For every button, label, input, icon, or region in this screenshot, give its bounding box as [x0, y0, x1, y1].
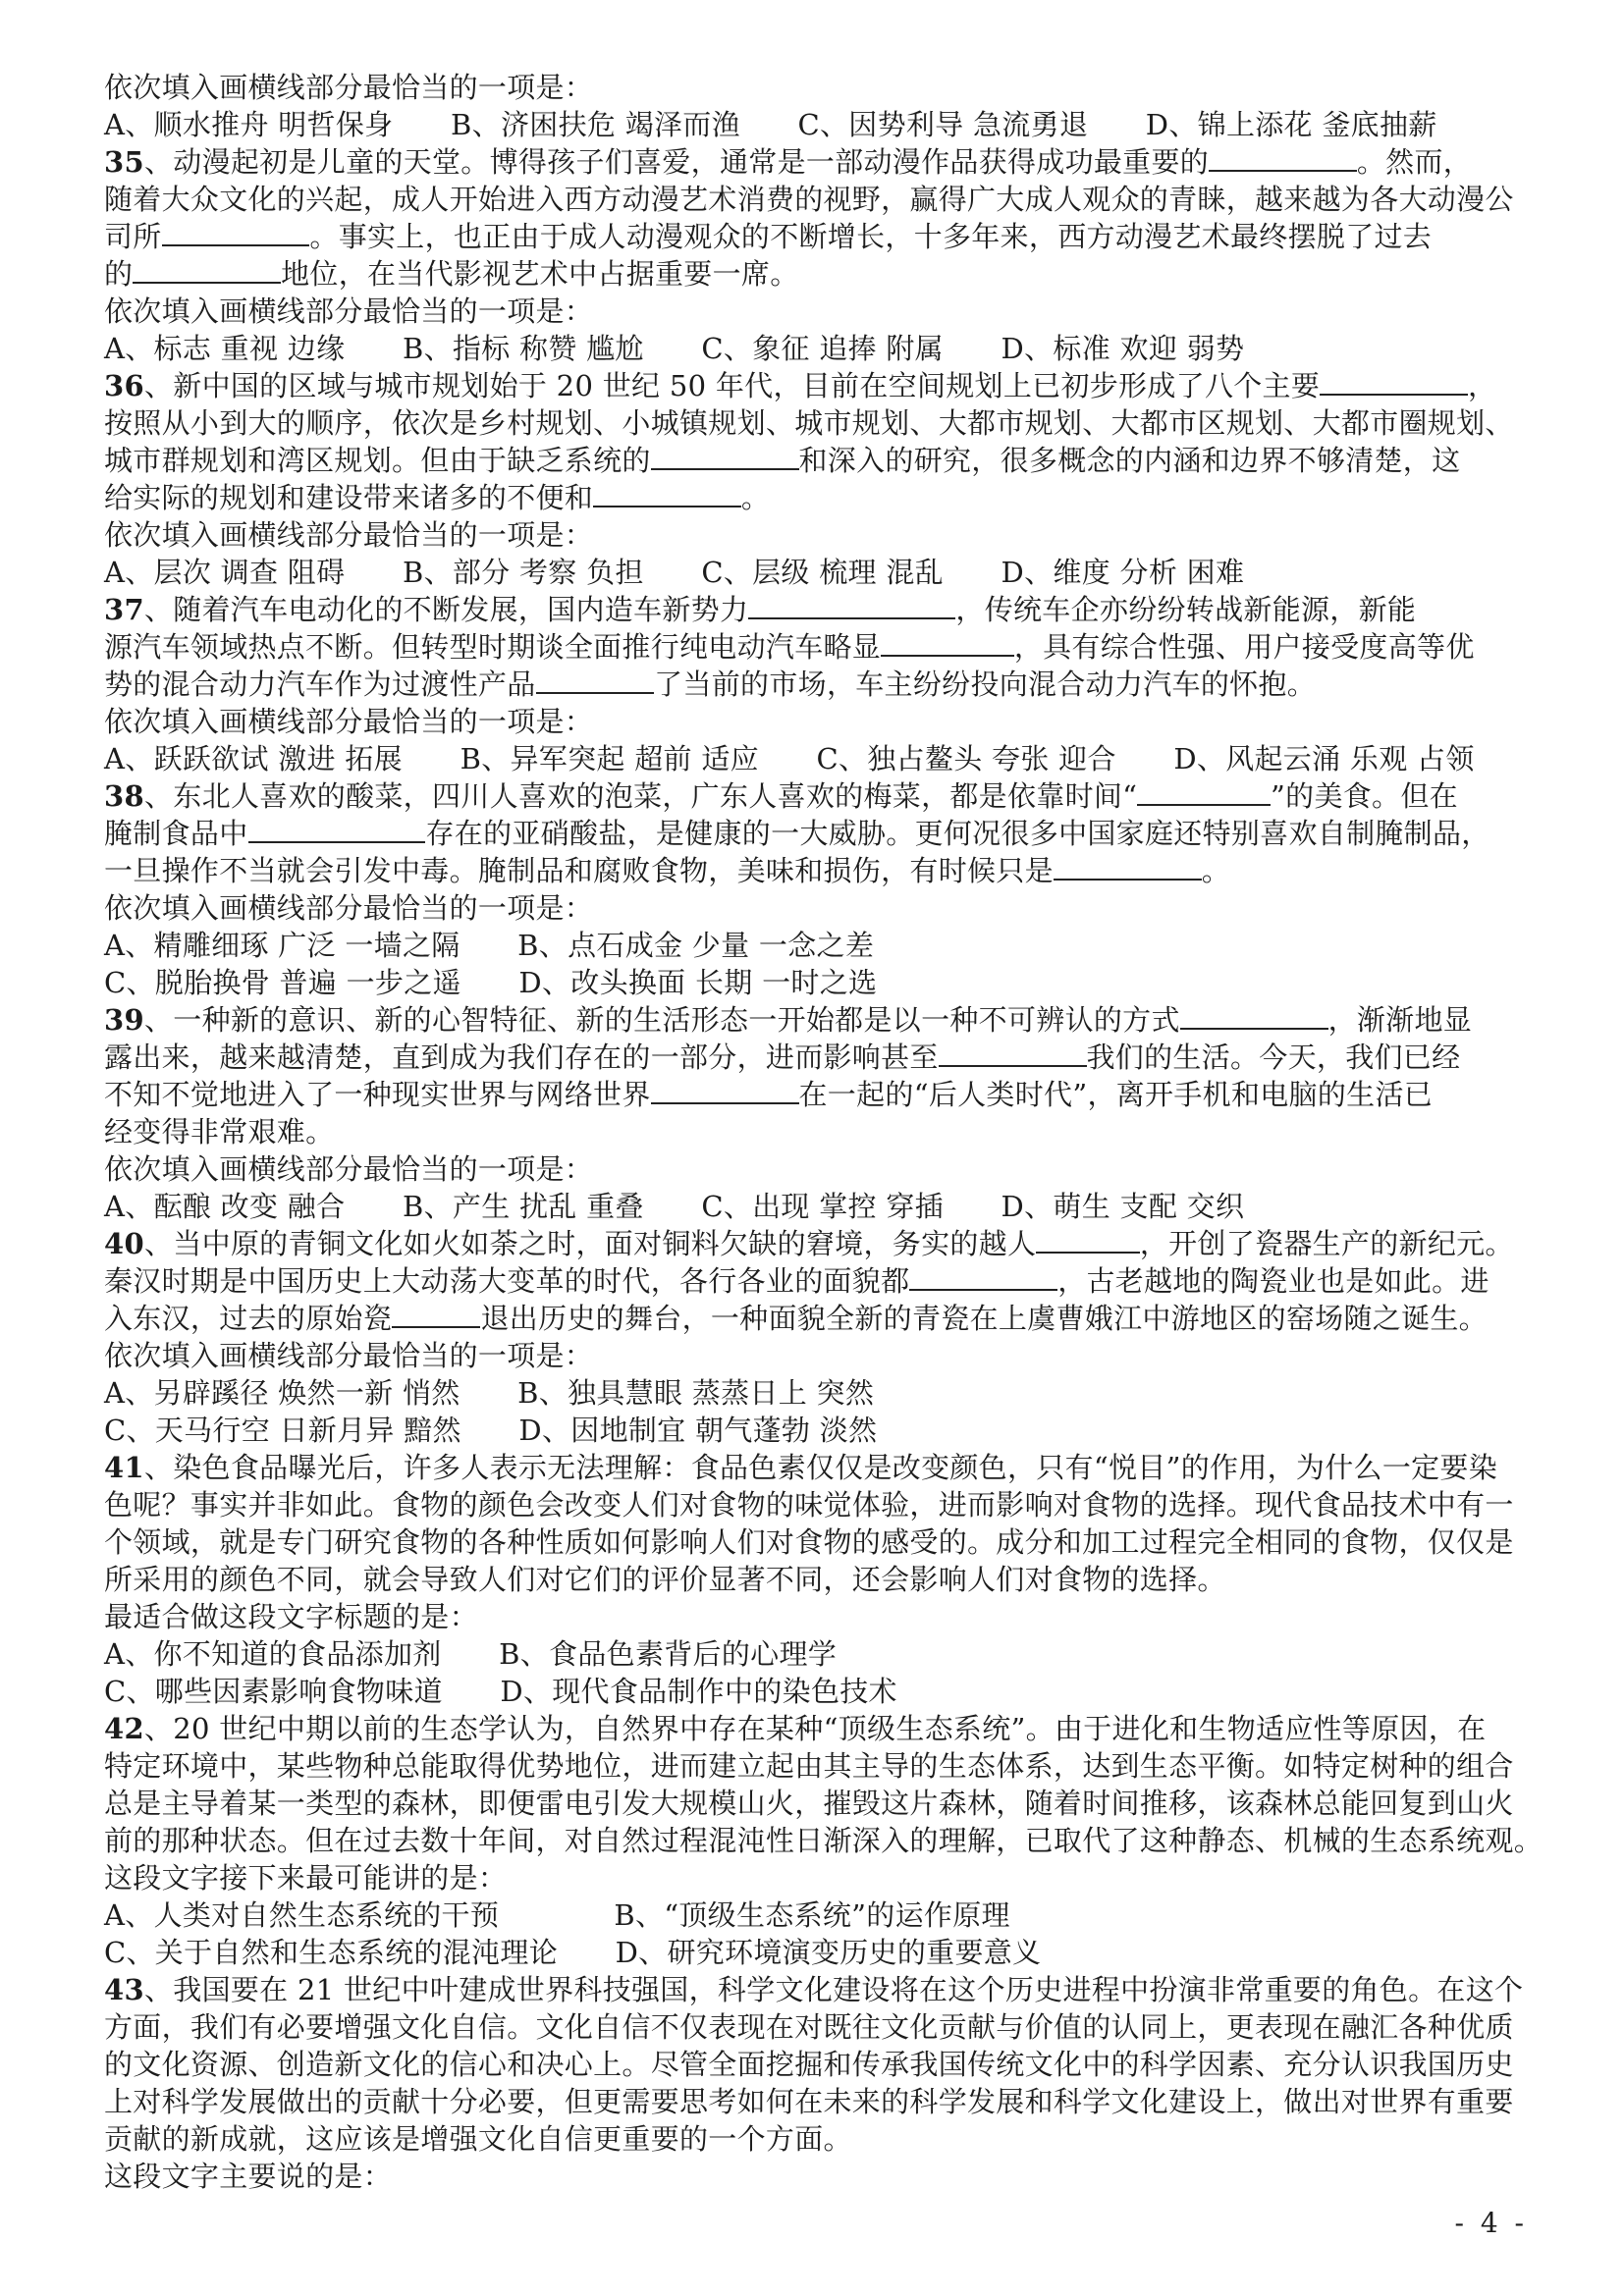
line-text: A、跃跃欲试 激进 拓展 B、异军突起 超前 适应 C、独占鳌头 夸张 迎合 D… [104, 742, 1475, 775]
blank-underline [651, 464, 799, 470]
text-line: 一旦操作不当就会引发中毒。腌制品和腐败食物，美味和损伤，有时候只是。 [104, 852, 1528, 889]
text-line: A、精雕细琢 广泛 一墙之隔 B、点石成金 少量 一念之差 [104, 927, 1528, 964]
text-line: 这段文字接下来最可能讲的是： [104, 1859, 1528, 1896]
question-37-first-line: 37、随着汽车电动化的不断发展，国内造车新势力，传统车企亦纷纷转战新能源，新能 [104, 591, 1528, 628]
line-text: C、关于自然和生态系统的混沌理论 D、研究环境演变历史的重要意义 [104, 1936, 1041, 1969]
line-text: 色呢？事实并非如此。食物的颜色会改变人们对食物的味觉体验，进而影响对食物的选择。… [104, 1488, 1514, 1522]
text-line: 按照从小到大的顺序，依次是乡村规划、小城镇规划、城市规划、大都市规划、大都市区规… [104, 404, 1528, 442]
text-line: 源汽车领域热点不断。但转型时期谈全面推行纯电动汽车略显，具有综合性强、用户接受度… [104, 628, 1528, 666]
line-text: 源汽车领域热点不断。但转型时期谈全面推行纯电动汽车略显，具有综合性强、用户接受度… [104, 630, 1475, 664]
line-text: 不知不觉地进入了一种现实世界与网络世界在一起的“后人类时代”，离开手机和电脑的生… [104, 1078, 1433, 1111]
question-40-first-line: 40、当中原的青铜文化如火如荼之时，面对铜料欠缺的窘境，务实的越人，开创了瓷器生… [104, 1225, 1528, 1262]
line-text: C、天马行空 日新月异 黯然 D、因地制宜 朝气蓬勃 淡然 [104, 1414, 877, 1447]
line-text: 依次填入画横线部分最恰当的一项是： [104, 71, 593, 104]
line-text: 方面，我们有必要增强文化自信。文化自信不仅表现在对既往文化贡献与价值的认同上，更… [104, 2010, 1514, 2044]
line-text: A、另辟蹊径 焕然一新 悄然 B、独具慧眼 蒸蒸日上 突然 [104, 1376, 874, 1410]
line-text: 、新中国的区域与城市规划始于 20 世纪 50 年代，目前在空间规划上已初步形成… [144, 369, 1496, 402]
text-line: C、哪些因素影响食物味道 D、现代食品制作中的染色技术 [104, 1673, 1528, 1710]
text-line: 特定环境中，某些物种总能取得优势地位，进而建立起由其主导的生态体系，达到生态平衡… [104, 1747, 1528, 1785]
blank-underline [651, 1098, 799, 1104]
question-38-first-line: 38、东北人喜欢的酸菜，四川人喜欢的泡菜，广东人喜欢的梅菜，都是依靠时间“”的美… [104, 777, 1528, 815]
question-39-first-line: 39、一种新的意识、新的心智特征、新的生活形态一开始都是以一种不可辨认的方式，渐… [104, 1001, 1528, 1039]
question-number: 42 [104, 1712, 144, 1745]
blank-underline [162, 240, 310, 246]
document-page: 依次填入画横线部分最恰当的一项是：A、顺水推舟 明哲保身 B、济困扶危 竭泽而渔… [0, 0, 1624, 2296]
text-line: A、顺水推舟 明哲保身 B、济困扶危 竭泽而渔 C、因势利导 急流勇退 D、锦上… [104, 106, 1528, 143]
text-line: 依次填入画横线部分最恰当的一项是： [104, 69, 1528, 106]
question-number: 38 [104, 779, 144, 813]
line-text: 、我国要在 21 世纪中叶建成世界科技强国，科学文化建设将在这个历史进程中扮演非… [144, 1973, 1523, 2006]
text-line: 贡献的新成就，这应该是增强文化自信更重要的一个方面。 [104, 2120, 1528, 2158]
line-text: 依次填入画横线部分最恰当的一项是： [104, 705, 593, 738]
text-line: 依次填入画横线部分最恰当的一项是： [104, 516, 1528, 554]
question-36-first-line: 36、新中国的区域与城市规划始于 20 世纪 50 年代，目前在空间规划上已初步… [104, 367, 1528, 404]
line-text: 上对科学发展做出的贡献十分必要，但更需要思考如何在未来的科学发展和科学文化建设上… [104, 2085, 1514, 2118]
line-text: 总是主导着某一类型的森林，即便雷电引发大规模山火，摧毁这片森林，随着时间推移，该… [104, 1787, 1514, 1820]
line-text: 司所。事实上，也正由于成人动漫观众的不断增长，十多年来，西方动漫艺术最终摆脱了过… [104, 220, 1432, 253]
blank-underline [1036, 1248, 1140, 1254]
text-line: A、你不知道的食品添加剂 B、食品色素背后的心理学 [104, 1635, 1528, 1673]
text-line: 依次填入画横线部分最恰当的一项是： [104, 1337, 1528, 1374]
text-line: 入东汉，过去的原始瓷退出历史的舞台，一种面貌全新的青瓷在上虞曹娥江中游地区的窑场… [104, 1300, 1528, 1337]
text-line: 前的那种状态。但在过去数十年间，对自然过程混沌性日渐深入的理解，已取代了这种静态… [104, 1822, 1528, 1859]
blank-underline [1137, 800, 1271, 806]
line-text: 个领域，就是专门研究食物的各种性质如何影响人们对食物的感受的。成分和加工过程完全… [104, 1525, 1514, 1559]
text-line: 司所。事实上，也正由于成人动漫观众的不断增长，十多年来，西方动漫艺术最终摆脱了过… [104, 218, 1528, 255]
line-text: 特定环境中，某些物种总能取得优势地位，进而建立起由其主导的生态体系，达到生态平衡… [104, 1749, 1514, 1783]
blank-underline [392, 1322, 480, 1328]
text-line: 不知不觉地进入了一种现实世界与网络世界在一起的“后人类时代”，离开手机和电脑的生… [104, 1076, 1528, 1113]
text-line: 这段文字主要说的是： [104, 2158, 1528, 2195]
blank-underline [593, 502, 741, 507]
text-line: 城市群规划和湾区规划。但由于缺乏系统的和深入的研究，很多概念的内涵和边界不够清楚… [104, 442, 1528, 479]
line-text: 势的混合动力汽车作为过渡性产品了当前的市场，车主纷纷投向混合动力汽车的怀抱。 [104, 667, 1316, 701]
text-line: A、酝酿 改变 融合 B、产生 扰乱 重叠 C、出现 掌控 穿插 D、萌生 支配… [104, 1188, 1528, 1225]
line-text: 城市群规划和湾区规划。但由于缺乏系统的和深入的研究，很多概念的内涵和边界不够清楚… [104, 444, 1460, 477]
text-line: 的地位，在当代影视艺术中占据重要一席。 [104, 255, 1528, 293]
question-number: 35 [104, 145, 144, 179]
line-text: 依次填入画横线部分最恰当的一项是： [104, 891, 593, 925]
text-line: C、脱胎换骨 普遍 一步之遥 D、改头换面 长期 一时之选 [104, 964, 1528, 1001]
blank-underline [1209, 166, 1357, 172]
blank-underline [536, 688, 655, 694]
text-line: 依次填入画横线部分最恰当的一项是： [104, 293, 1528, 330]
text-line: A、人类对自然生态系统的干预 B、“顶级生态系统”的运作原理 [104, 1896, 1528, 1934]
question-number: 43 [104, 1973, 144, 2006]
line-text: 依次填入画横线部分最恰当的一项是： [104, 1152, 593, 1186]
blank-underline [1054, 875, 1202, 881]
text-line: A、标志 重视 边缘 B、指标 称赞 尴尬 C、象征 追捧 附属 D、标准 欢迎… [104, 330, 1528, 367]
line-text: A、标志 重视 边缘 B、指标 称赞 尴尬 C、象征 追捧 附属 D、标准 欢迎… [104, 332, 1244, 365]
text-line: 依次填入画横线部分最恰当的一项是： [104, 1150, 1528, 1188]
line-text: 、20 世纪中期以前的生态学认为，自然界中存在某种“顶级生态系统”。由于进化和生… [144, 1712, 1486, 1745]
line-text: A、层次 调查 阻碍 B、部分 考察 负担 C、层级 梳理 混乱 D、维度 分析… [104, 556, 1244, 589]
text-line: 露出来，越来越清楚，直到成为我们存在的一部分，进而影响甚至我们的生活。今天，我们… [104, 1039, 1528, 1076]
text-line: 势的混合动力汽车作为过渡性产品了当前的市场，车主纷纷投向混合动力汽车的怀抱。 [104, 666, 1528, 703]
text-line: 个领域，就是专门研究食物的各种性质如何影响人们对食物的感受的。成分和加工过程完全… [104, 1523, 1528, 1561]
text-line: 的文化资源、创造新文化的信心和决心上。尽管全面挖掘和传承我国传统文化中的科学因素… [104, 2046, 1528, 2083]
line-text: 所采用的颜色不同，就会导致人们对它们的评价显著不同，还会影响人们对食物的选择。 [104, 1563, 1226, 1596]
line-text: 依次填入画横线部分最恰当的一项是： [104, 518, 593, 552]
text-line: 秦汉时期是中国历史上大动荡大变革的时代，各行各业的面貌都，古老越地的陶瓷业也是如… [104, 1262, 1528, 1300]
line-text: A、精雕细琢 广泛 一墙之隔 B、点石成金 少量 一念之差 [104, 929, 874, 962]
line-text: C、脱胎换骨 普遍 一步之遥 D、改头换面 长期 一时之选 [104, 966, 877, 999]
text-line: 最适合做这段文字标题的是： [104, 1598, 1528, 1635]
line-text: 按照从小到大的顺序，依次是乡村规划、小城镇规划、城市规划、大都市规划、大都市区规… [104, 406, 1514, 440]
line-text: 、动漫起初是儿童的天堂。博得孩子们喜爱，通常是一部动漫作品获得成功最重要的。然而… [144, 145, 1472, 179]
line-text: 依次填入画横线部分最恰当的一项是： [104, 294, 593, 328]
question-35-first-line: 35、动漫起初是儿童的天堂。博得孩子们喜爱，通常是一部动漫作品获得成功最重要的。… [104, 143, 1528, 181]
text-line: 色呢？事实并非如此。食物的颜色会改变人们对食物的味觉体验，进而影响对食物的选择。… [104, 1486, 1528, 1523]
page-content: 依次填入画横线部分最恰当的一项是：A、顺水推舟 明哲保身 B、济困扶危 竭泽而渔… [104, 69, 1528, 2195]
text-line: 方面，我们有必要增强文化自信。文化自信不仅表现在对既往文化贡献与价值的认同上，更… [104, 2008, 1528, 2046]
line-text: 前的那种状态。但在过去数十年间，对自然过程混沌性日渐深入的理解，已取代了这种静态… [104, 1824, 1543, 1857]
text-line: 依次填入画横线部分最恰当的一项是： [104, 889, 1528, 927]
blank-underline [748, 614, 955, 619]
blank-underline [1320, 390, 1468, 396]
line-text: 的地位，在当代影视艺术中占据重要一席。 [104, 257, 799, 291]
text-line: 随着大众文化的兴起，成人开始进入西方动漫艺术消费的视野，赢得广大成人观众的青睐，… [104, 181, 1528, 218]
line-text: 腌制食品中存在的亚硝酸盐，是健康的一大威胁。更何况很多中国家庭还特别喜欢自制腌制… [104, 817, 1490, 850]
line-text: 秦汉时期是中国历史上大动荡大变革的时代，各行各业的面貌都，古老越地的陶瓷业也是如… [104, 1264, 1489, 1298]
text-line: 经变得非常艰难。 [104, 1113, 1528, 1150]
line-text: 给实际的规划和建设带来诸多的不便和。 [104, 481, 770, 514]
blank-underline [133, 278, 281, 284]
text-line: C、天马行空 日新月异 黯然 D、因地制宜 朝气蓬勃 淡然 [104, 1412, 1528, 1449]
line-text: 这段文字主要说的是： [104, 2160, 392, 2193]
line-text: C、哪些因素影响食物味道 D、现代食品制作中的染色技术 [104, 1675, 897, 1708]
text-line: A、跃跃欲试 激进 拓展 B、异军突起 超前 适应 C、独占鳌头 夸张 迎合 D… [104, 740, 1528, 777]
text-line: 总是主导着某一类型的森林，即便雷电引发大规模山火，摧毁这片森林，随着时间推移，该… [104, 1785, 1528, 1822]
question-42-first-line: 42、20 世纪中期以前的生态学认为，自然界中存在某种“顶级生态系统”。由于进化… [104, 1710, 1528, 1747]
text-line: C、关于自然和生态系统的混沌理论 D、研究环境演变历史的重要意义 [104, 1934, 1528, 1971]
question-number: 41 [104, 1451, 144, 1484]
line-text: 、染色食品曝光后，许多人表示无法理解：食品色素仅仅是改变颜色，只有“悦目”的作用… [144, 1451, 1497, 1484]
blank-underline [909, 1285, 1057, 1291]
line-text: 一旦操作不当就会引发中毒。腌制品和腐败食物，美味和损伤，有时候只是。 [104, 854, 1230, 887]
line-text: 随着大众文化的兴起，成人开始进入西方动漫艺术消费的视野，赢得广大成人观众的青睐，… [104, 183, 1514, 216]
text-line: A、另辟蹊径 焕然一新 悄然 B、独具慧眼 蒸蒸日上 突然 [104, 1374, 1528, 1412]
text-line: 给实际的规划和建设带来诸多的不便和。 [104, 479, 1528, 516]
line-text: 、随着汽车电动化的不断发展，国内造车新势力，传统车企亦纷纷转战新能源，新能 [144, 593, 1416, 626]
text-line: 所采用的颜色不同，就会导致人们对它们的评价显著不同，还会影响人们对食物的选择。 [104, 1561, 1528, 1598]
line-text: A、顺水推舟 明哲保身 B、济困扶危 竭泽而渔 C、因势利导 急流勇退 D、锦上… [104, 108, 1437, 141]
line-text: 、一种新的意识、新的心智特征、新的生活形态一开始都是以一种不可辨认的方式，渐渐地… [144, 1003, 1472, 1037]
question-41-first-line: 41、染色食品曝光后，许多人表示无法理解：食品色素仅仅是改变颜色，只有“悦目”的… [104, 1449, 1528, 1486]
page-number: - 4 - [1454, 2207, 1528, 2239]
blank-underline [881, 651, 1014, 657]
line-text: 依次填入画横线部分最恰当的一项是： [104, 1339, 593, 1372]
question-43-first-line: 43、我国要在 21 世纪中叶建成世界科技强国，科学文化建设将在这个历史进程中扮… [104, 1971, 1528, 2008]
line-text: 经变得非常艰难。 [104, 1115, 334, 1148]
blank-underline [1180, 1024, 1328, 1030]
line-text: 贡献的新成就，这应该是增强文化自信更重要的一个方面。 [104, 2122, 852, 2156]
blank-underline [248, 837, 426, 843]
line-text: 入东汉，过去的原始瓷退出历史的舞台，一种面貌全新的青瓷在上虞曹娥江中游地区的窑场… [104, 1302, 1488, 1335]
question-number: 36 [104, 369, 144, 402]
line-text: 的文化资源、创造新文化的信心和决心上。尽管全面挖掘和传承我国传统文化中的科学因素… [104, 2048, 1514, 2081]
text-line: 上对科学发展做出的贡献十分必要，但更需要思考如何在未来的科学发展和科学文化建设上… [104, 2083, 1528, 2120]
line-text: 露出来，越来越清楚，直到成为我们存在的一部分，进而影响甚至我们的生活。今天，我们… [104, 1041, 1460, 1074]
line-text: 、东北人喜欢的酸菜，四川人喜欢的泡菜，广东人喜欢的梅菜，都是依靠时间“”的美食。… [144, 779, 1458, 813]
question-number: 39 [104, 1003, 144, 1037]
text-line: 腌制食品中存在的亚硝酸盐，是健康的一大威胁。更何况很多中国家庭还特别喜欢自制腌制… [104, 815, 1528, 852]
line-text: 、当中原的青铜文化如火如荼之时，面对铜料欠缺的窘境，务实的越人，开创了瓷器生产的… [144, 1227, 1514, 1260]
line-text: A、酝酿 改变 融合 B、产生 扰乱 重叠 C、出现 掌控 穿插 D、萌生 支配… [104, 1190, 1244, 1223]
blank-underline [939, 1061, 1087, 1067]
line-text: A、人类对自然生态系统的干预 B、“顶级生态系统”的运作原理 [104, 1898, 1010, 1932]
line-text: 最适合做这段文字标题的是： [104, 1600, 478, 1633]
question-number: 37 [104, 593, 144, 626]
text-line: 依次填入画横线部分最恰当的一项是： [104, 703, 1528, 740]
question-number: 40 [104, 1227, 144, 1260]
text-line: A、层次 调查 阻碍 B、部分 考察 负担 C、层级 梳理 混乱 D、维度 分析… [104, 554, 1528, 591]
line-text: A、你不知道的食品添加剂 B、食品色素背后的心理学 [104, 1637, 837, 1671]
line-text: 这段文字接下来最可能讲的是： [104, 1861, 507, 1895]
